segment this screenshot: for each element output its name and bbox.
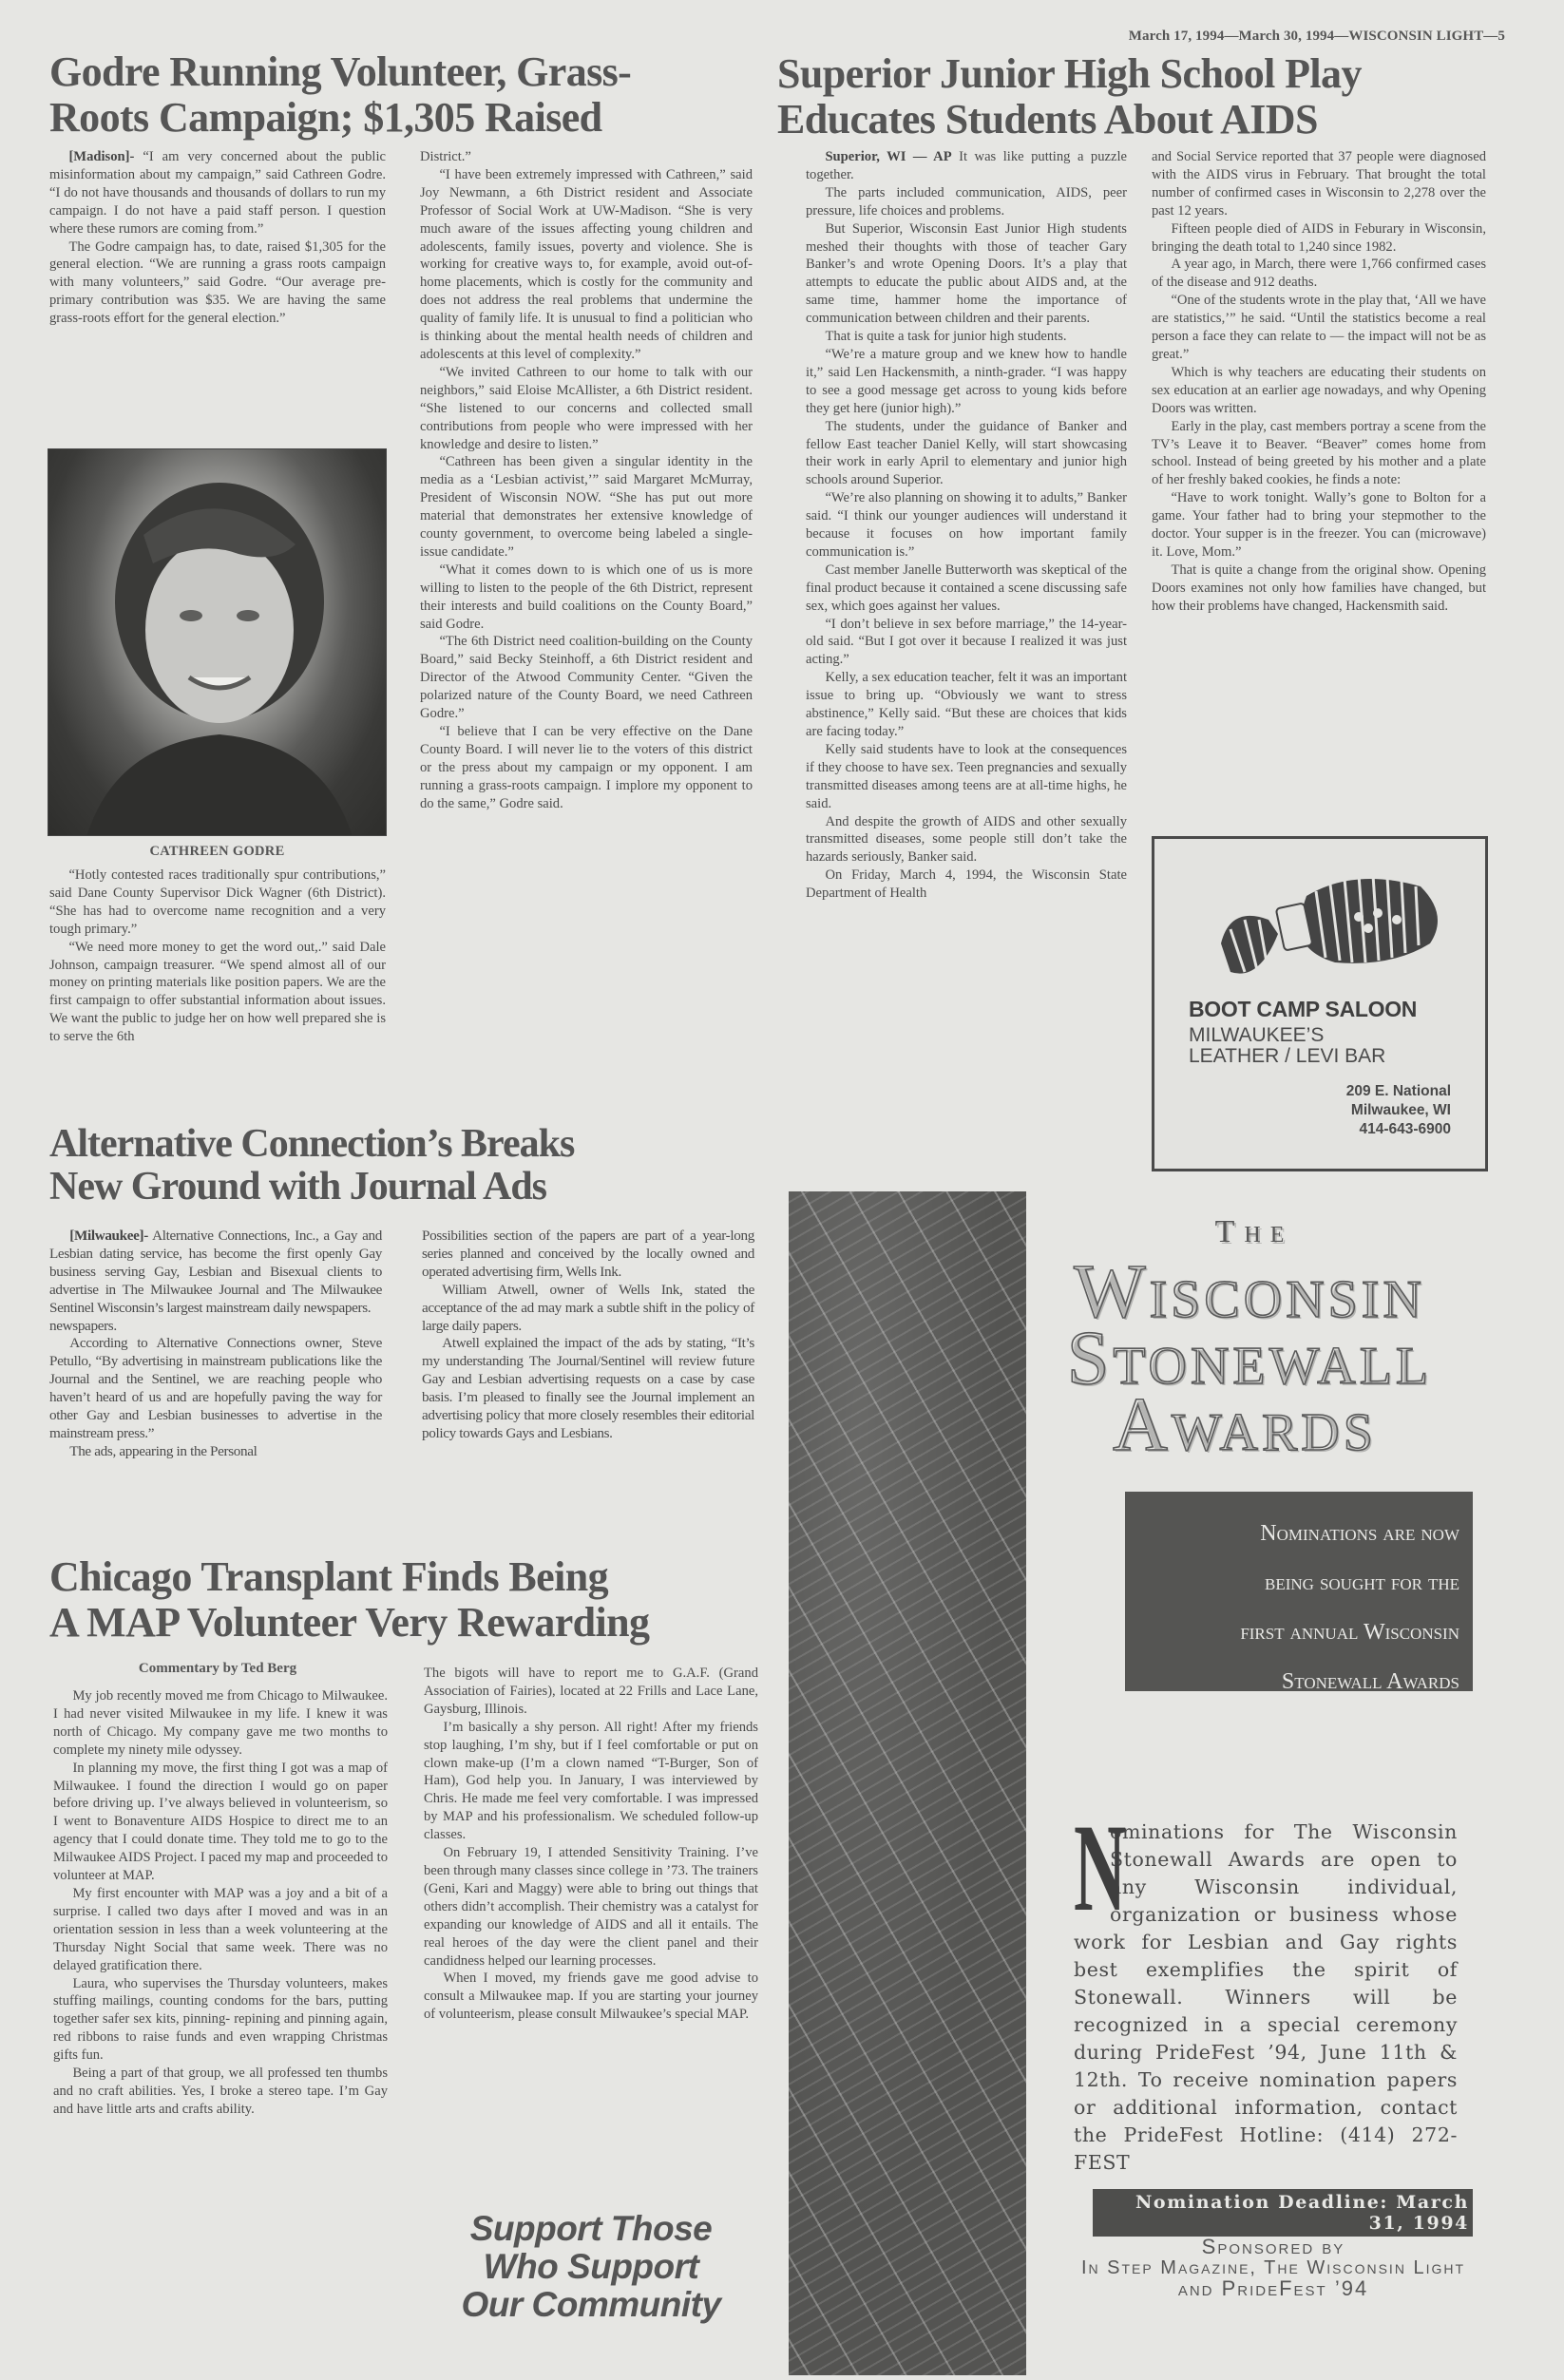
chicago-headline-line-2: A MAP Volunteer Very Rewarding (49, 1600, 781, 1646)
godre-paragraph: “I have been extremely impressed with Ca… (420, 166, 753, 364)
aids-play-paragraph: and Social Service reported that 37 peop… (1152, 148, 1486, 220)
nomination-deadline: Nomination Deadline: March 31, 1994 (1093, 2189, 1473, 2237)
godre-paragraph: The Godre campaign has, to date, raised … (49, 238, 386, 329)
chicago-headline: Chicago Transplant Finds Being A MAP Vol… (49, 1554, 781, 1645)
godre-paragraph: “Cathreen has been given a singular iden… (420, 453, 753, 561)
godre-paragraph: “Hotly contested races traditionally spu… (49, 866, 386, 939)
address-street: 209 E. National (1261, 1082, 1451, 1101)
aids-play-column-1: Superior, WI — AP It was like putting a … (806, 148, 1127, 903)
portrait-image (48, 449, 387, 836)
aids-play-paragraph: Early in the play, cast members portray … (1152, 418, 1486, 490)
support-ad-line: Our Community (424, 2286, 758, 2324)
banner-line: first annual Wisconsin (1135, 1608, 1459, 1657)
banner-line: Stonewall Awards (1135, 1657, 1459, 1706)
stonewall-title-awards: Awards (1064, 1387, 1425, 1463)
photo-caption: CATHREEN GODRE (48, 844, 387, 860)
godre-paragraph: [Madison]- “I am very concerned about th… (49, 148, 386, 238)
cathreen-godre-photo (48, 448, 387, 836)
aids-play-paragraph: Which is why teachers are educating thei… (1152, 364, 1486, 418)
aids-play-paragraph: A year ago, in March, there were 1,766 c… (1152, 256, 1486, 292)
aids-play-paragraph: The parts included communication, AIDS, … (806, 184, 1127, 220)
address-phone: 414-643-6900 (1261, 1120, 1451, 1139)
aids-play-paragraph: “I don’t believe in sex before marriage,… (806, 616, 1127, 670)
decorative-pattern-panel (789, 1191, 1026, 2375)
stonewall-awards-ad: The Wisconsin Stonewall Awards Nominatio… (1026, 1191, 1539, 2375)
chicago-paragraph: On February 19, I attended Sensitivity T… (424, 1844, 758, 1970)
sponsor-line: Sponsored by (1064, 2237, 1482, 2257)
drop-cap: N (1074, 1820, 1090, 1919)
godre-headline-line-2: Roots Campaign; $1,305 Raised (49, 95, 772, 141)
aids-play-paragraph: That is quite a task for junior high stu… (806, 328, 1127, 346)
stonewall-title-the: The (1026, 1214, 1482, 1250)
aids-play-paragraph: But Superior, Wisconsin East Junior High… (806, 220, 1127, 328)
alt-connections-column-2: Possibilities section of the papers are … (422, 1228, 754, 1443)
banner-line: Nominations are now (1135, 1509, 1459, 1558)
godre-paragraph: District.” (420, 148, 753, 166)
godre-paragraph: “We need more money to get the word out,… (49, 939, 386, 1046)
tagline-line: LEATHER / LEVI BAR (1189, 1046, 1385, 1067)
alt-connections-paragraph: William Atwell, owner of Wells Ink, stat… (422, 1282, 754, 1336)
boot-camp-saloon-ad: BOOT CAMP SALOON MILWAUKEE’S LEATHER / L… (1152, 836, 1488, 1171)
aids-play-paragraph: And despite the growth of AIDS and other… (806, 813, 1127, 867)
banner-line: being sought for the (1135, 1558, 1459, 1608)
nominations-banner: Nominations are now being sought for the… (1125, 1492, 1473, 1691)
support-ad-line: Support Those (424, 2210, 758, 2248)
chicago-paragraph: I’m basically a shy person. All right! A… (424, 1719, 758, 1844)
aids-play-column-2: and Social Service reported that 37 peop… (1152, 148, 1486, 616)
alt-connections-paragraph: The ads, appearing in the Personal (49, 1443, 382, 1461)
alt-connections-paragraph: Atwell explained the impact of the ads b… (422, 1335, 754, 1442)
aids-play-paragraph: Kelly, a sex education teacher, felt it … (806, 669, 1127, 741)
aids-play-paragraph: Superior, WI — AP It was like putting a … (806, 148, 1127, 184)
address-city: Milwaukee, WI (1261, 1101, 1451, 1120)
chicago-paragraph: The bigots will have to report me to G.A… (424, 1665, 758, 1719)
godre-headline: Godre Running Volunteer, Grass- Roots Ca… (49, 49, 772, 140)
chicago-paragraph: When I moved, my friends gave me good ad… (424, 1970, 758, 2024)
chicago-paragraph: My job recently moved me from Chicago to… (53, 1687, 388, 1760)
godre-paragraph: “The 6th District need coalition-buildin… (420, 633, 753, 723)
sponsor-line: In Step Magazine, The Wisconsin Light (1064, 2257, 1482, 2278)
alt-connections-paragraph: Possibilities section of the papers are … (422, 1228, 754, 1282)
aids-play-headline-line-2: Educates Students About AIDS (777, 97, 1518, 143)
aids-play-paragraph: “Have to work tonight. Wally’s gone to B… (1152, 489, 1486, 562)
godre-dateline: [Madison]- (68, 149, 134, 164)
godre-headline-line-1: Godre Running Volunteer, Grass- (49, 49, 772, 95)
alt-connections-headline-line-1: Alternative Connection’s Breaks (49, 1123, 772, 1166)
aids-play-paragraph: “We’re a mature group and we knew how to… (806, 346, 1127, 418)
chicago-headline-line-1: Chicago Transplant Finds Being (49, 1554, 781, 1600)
boot-camp-tagline: MILWAUKEE’S LEATHER / LEVI BAR (1189, 1025, 1385, 1067)
support-ad-line: Who Support (424, 2248, 758, 2286)
aids-play-paragraph: On Friday, March 4, 1994, the Wisconsin … (806, 866, 1127, 903)
boot-camp-name: BOOT CAMP SALOON (1189, 997, 1417, 1022)
support-community-ad: Support Those Who Support Our Community (424, 2210, 758, 2324)
alt-connections-paragraph: [Milwaukee]- Alternative Connections, In… (49, 1228, 382, 1318)
aids-play-paragraph: Cast member Janelle Butterworth was skep… (806, 562, 1127, 616)
chicago-column-2: The bigots will have to report me to G.A… (424, 1665, 758, 2024)
alt-connections-column-1: [Milwaukee]- Alternative Connections, In… (49, 1228, 382, 1461)
aids-play-paragraph: The students, under the guidance of Bank… (806, 418, 1127, 490)
aids-play-paragraph: “One of the students wrote in the play t… (1152, 292, 1486, 364)
chicago-paragraph: In planning my move, the first thing I g… (53, 1760, 388, 1885)
tagline-line: MILWAUKEE’S (1189, 1025, 1385, 1046)
chicago-byline: Commentary by Ted Berg (49, 1661, 386, 1677)
alt-connections-headline-line-2: New Ground with Journal Ads (49, 1166, 772, 1209)
nominations-text: ominations for The Wisconsin Stonewall A… (1074, 1820, 1458, 2174)
aids-play-paragraph: Kelly said students have to look at the … (806, 741, 1127, 813)
chicago-column-1: My job recently moved me from Chicago to… (53, 1687, 388, 2119)
aids-play-paragraph: Fifteen people died of AIDS in Feburary … (1152, 220, 1486, 257)
alt-connections-headline: Alternative Connection’s Breaks New Grou… (49, 1123, 772, 1209)
aids-play-headline: Superior Junior High School Play Educate… (777, 51, 1518, 142)
aids-play-paragraph: That is quite a change from the original… (1152, 562, 1486, 616)
chicago-paragraph: Being a part of that group, we all profe… (53, 2065, 388, 2119)
nominations-body: Nominations for The Wisconsin Stonewall … (1074, 1818, 1458, 2177)
page-folio: March 17, 1994—March 30, 1994—WISCONSIN … (1030, 29, 1505, 45)
godre-paragraph: “We invited Cathreen to our home to talk… (420, 364, 753, 454)
alt-connections-paragraph: newspapers. (49, 1318, 382, 1336)
godre-paragraph: “What it comes down to is which one of u… (420, 562, 753, 634)
godre-column-1-top: [Madison]- “I am very concerned about th… (49, 148, 386, 328)
aids-play-headline-line-1: Superior Junior High School Play (777, 51, 1518, 97)
boot-camp-address: 209 E. National Milwaukee, WI 414-643-69… (1261, 1082, 1451, 1139)
godre-column-2: District.” “I have been extremely impres… (420, 148, 753, 813)
alt-connections-dateline: [Milwaukee]- (69, 1228, 148, 1244)
sponsor-line: and PrideFest ’94 (1064, 2278, 1482, 2299)
alt-connections-paragraph: According to Alternative Connections own… (49, 1335, 382, 1442)
chicago-paragraph: Laura, who supervises the Thursday volun… (53, 1975, 388, 2066)
godre-paragraph: “I believe that I can be very effective … (420, 723, 753, 813)
chicago-paragraph: My first encounter with MAP was a joy an… (53, 1885, 388, 1975)
boot-print-icon (1202, 867, 1449, 986)
aids-play-paragraph: “We’re also planning on showing it to ad… (806, 489, 1127, 562)
aids-play-dateline: Superior, WI — AP (825, 149, 951, 164)
godre-column-1-bottom: “Hotly contested races traditionally spu… (49, 866, 386, 1046)
sponsors: Sponsored by In Step Magazine, The Wisco… (1064, 2237, 1482, 2299)
